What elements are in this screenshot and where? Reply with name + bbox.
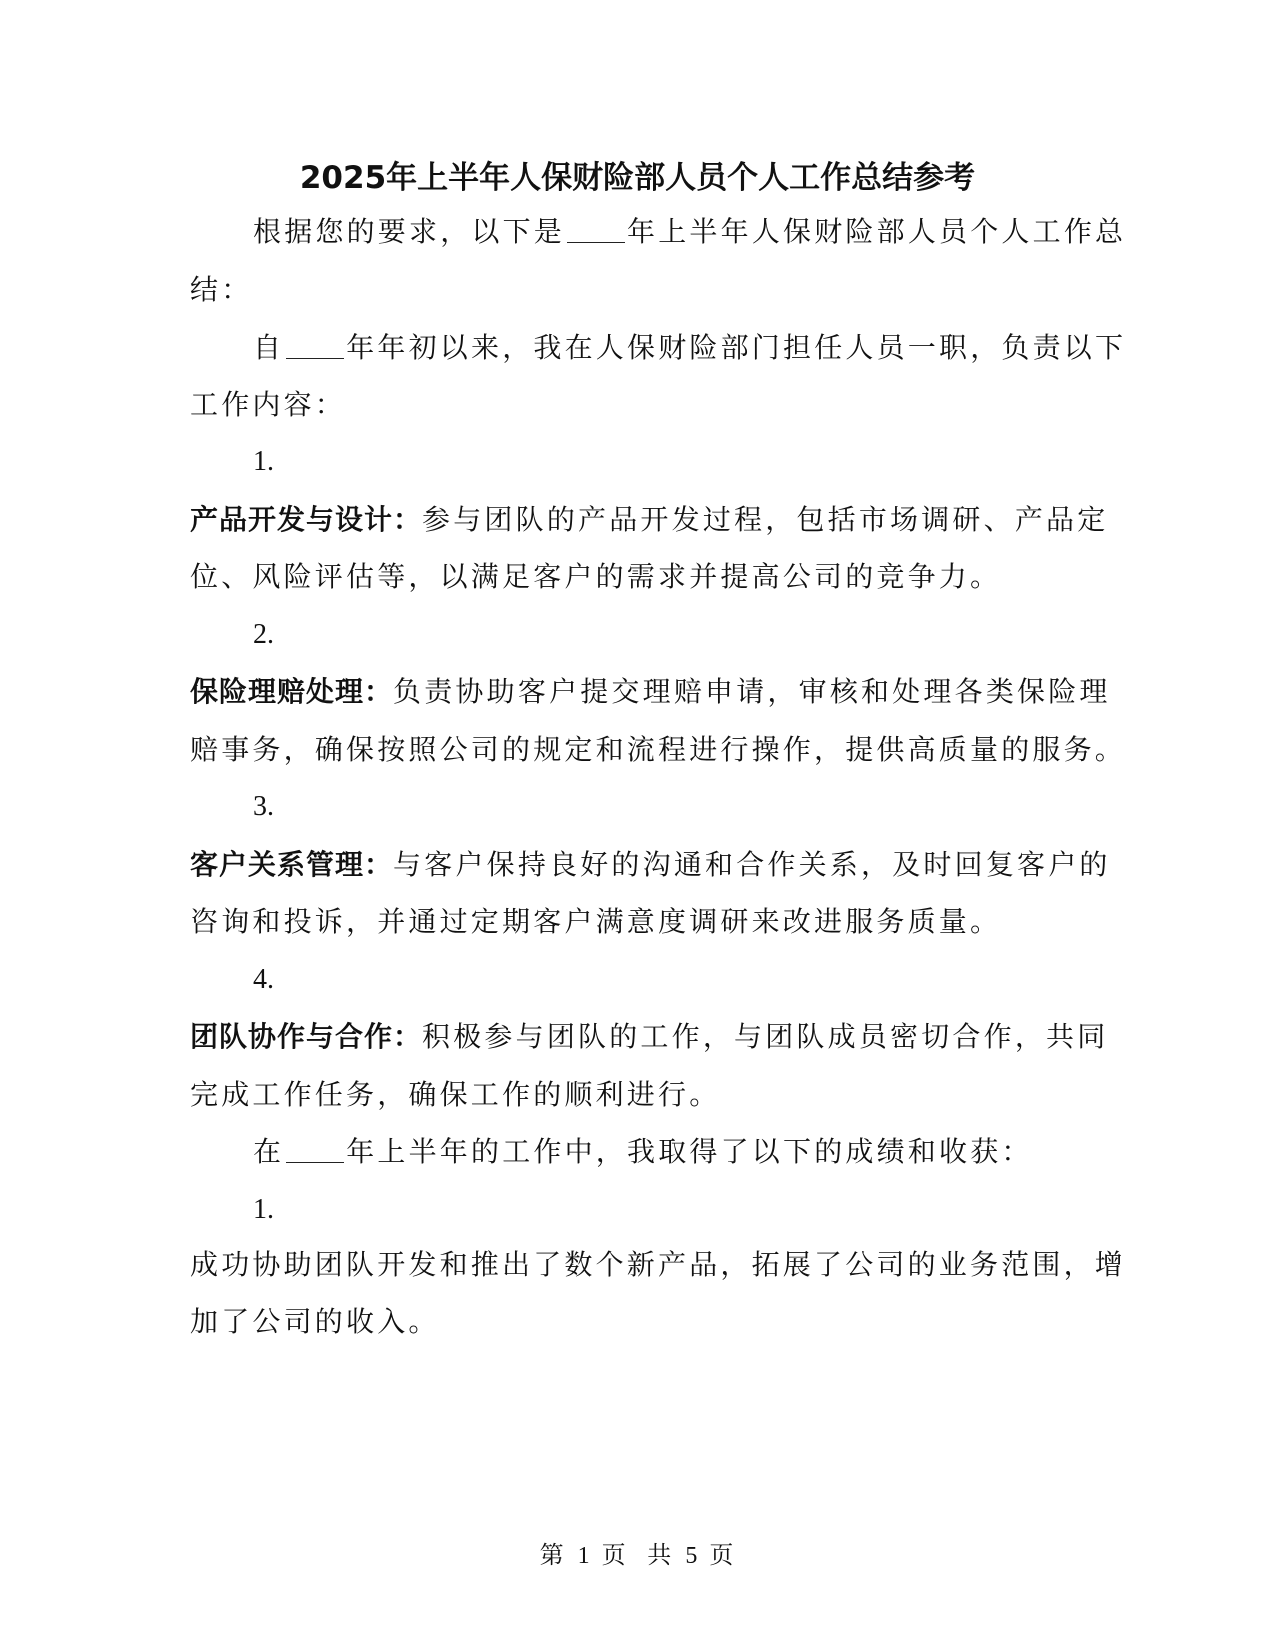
footer-prefix: 第 xyxy=(540,1541,566,1569)
duty-heading: 保险理赔处理： xyxy=(190,675,393,708)
page-footer: 第1页 共5页 xyxy=(0,1538,1275,1573)
duty-number: 1. xyxy=(253,442,1133,482)
achievements-intro-text: 年上半年的工作中，我取得了以下的成绩和收获： xyxy=(346,1135,1032,1168)
duty-item-line-2: 完成工作任务，确保工作的顺利进行。 xyxy=(190,1075,1070,1115)
intro-text: 年上半年人保财险部人员个人工作总 xyxy=(627,215,1126,248)
duty-item-line-2: 咨询和投诉，并通过定期客户满意度调研来改进服务质量。 xyxy=(190,902,1070,942)
role-paragraph-line-2: 工作内容： xyxy=(190,385,1070,425)
intro-text: 根据您的要求，以下是 xyxy=(253,215,565,248)
role-text: 年年初以来，我在人保财险部门担任人员一职，负责以下 xyxy=(346,331,1126,364)
total-page-count: 5 xyxy=(685,1543,697,1569)
achievement-line-1: 成功协助团队开发和推出了数个新产品，拓展了公司的业务范围，增 xyxy=(190,1245,1070,1285)
duty-heading: 团队协作与合作： xyxy=(190,1020,422,1053)
duty-item-line-1: 保险理赔处理：负责协助客户提交理赔申请，审核和处理各类保险理 xyxy=(190,672,1070,712)
duty-text: 负责协助客户提交理赔申请，审核和处理各类保险理 xyxy=(393,675,1111,708)
duty-number: 2. xyxy=(253,615,1133,655)
document-title: 2025年上半年人保财险部人员个人工作总结参考 xyxy=(0,156,1275,200)
duty-item-line-1: 产品开发与设计：参与团队的产品开发过程，包括市场调研、产品定 xyxy=(190,500,1070,540)
footer-middle: 页 共 xyxy=(602,1541,674,1569)
achievement-number: 1. xyxy=(253,1190,1133,1230)
role-paragraph-line-1: 自年年初以来，我在人保财险部门担任人员一职，负责以下 xyxy=(253,328,1133,368)
duty-item-line-1: 客户关系管理：与客户保持良好的沟通和合作关系，及时回复客户的 xyxy=(190,845,1070,885)
duty-text: 积极参与团队的工作，与团队成员密切合作，共同 xyxy=(422,1020,1108,1053)
role-text: 自 xyxy=(253,331,284,364)
blank-underline xyxy=(567,218,625,243)
duty-heading: 客户关系管理： xyxy=(190,848,393,881)
intro-paragraph-line-2: 结： xyxy=(190,270,1070,310)
blank-underline xyxy=(286,1138,344,1163)
blank-underline xyxy=(286,334,344,359)
intro-paragraph-line-1: 根据您的要求，以下是年上半年人保财险部人员个人工作总 xyxy=(253,212,1133,252)
current-page-number: 1 xyxy=(578,1543,590,1569)
duty-item-line-2: 赔事务，确保按照公司的规定和流程进行操作，提供高质量的服务。 xyxy=(190,730,1070,770)
achievements-intro: 在年上半年的工作中，我取得了以下的成绩和收获： xyxy=(253,1132,1133,1172)
duty-heading: 产品开发与设计： xyxy=(190,503,422,536)
duty-item-line-2: 位、风险评估等，以满足客户的需求并提高公司的竞争力。 xyxy=(190,557,1070,597)
achievements-intro-text: 在 xyxy=(253,1135,284,1168)
duty-number: 3. xyxy=(253,787,1133,827)
duty-item-line-1: 团队协作与合作：积极参与团队的工作，与团队成员密切合作，共同 xyxy=(190,1017,1070,1057)
footer-suffix: 页 xyxy=(709,1541,735,1569)
duty-number: 4. xyxy=(253,960,1133,1000)
duty-text: 参与团队的产品开发过程，包括市场调研、产品定 xyxy=(422,503,1108,536)
achievement-line-2: 加了公司的收入。 xyxy=(190,1302,1070,1342)
duty-text: 与客户保持良好的沟通和合作关系，及时回复客户的 xyxy=(393,848,1111,881)
